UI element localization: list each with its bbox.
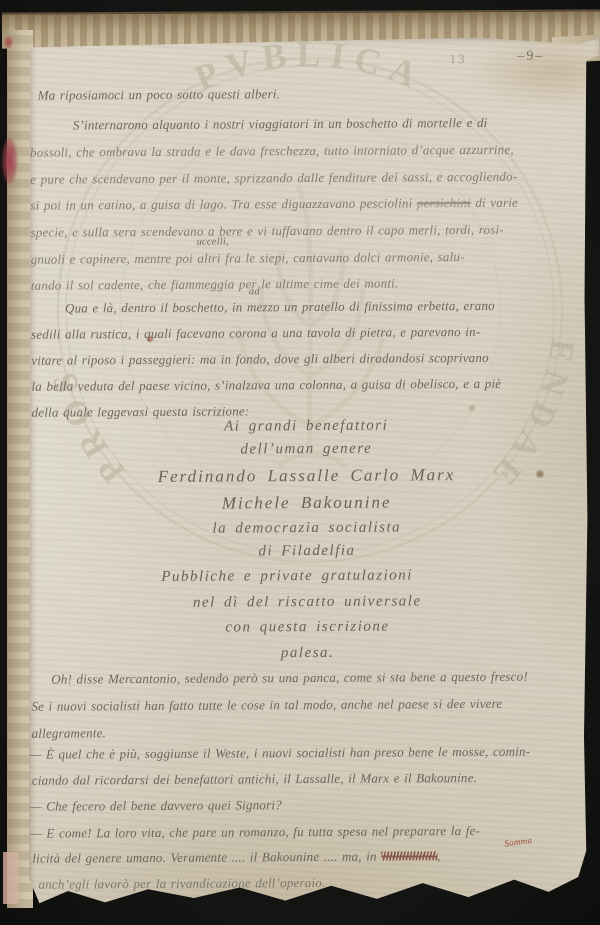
- folio-number-pencil: 13: [449, 51, 466, 67]
- manuscript-line: Ma riposiamoci un poco sotto questi albe…: [38, 86, 281, 103]
- manuscript-page: PVBLICA ENDAE PROS 13 –9– Ma riposiamoci…: [28, 36, 600, 912]
- inscription-line: palesa.: [29, 643, 586, 663]
- handwritten-text-layer: 13 –9– Ma riposiamoci un poco sotto ques…: [25, 34, 600, 913]
- manuscript-line: e pure che scendevano per il monte, spri…: [30, 169, 517, 188]
- manuscript-line: Se i nuovi socialisti han fatto tutte le…: [31, 696, 502, 715]
- inscription-line: con questa iscrizione: [29, 617, 586, 637]
- manuscript-line: bossoli, che ombrava la strada e le dava…: [30, 142, 514, 161]
- inscription-line: Ai grandi benefattori: [28, 416, 585, 436]
- inscription-line: nel dì del riscatto universale: [29, 592, 586, 612]
- line-text: si poi in un catino, a guisa di lago. Tr…: [30, 195, 417, 212]
- manuscript-line: specie, e sulla sera scendevano a bere e…: [30, 222, 503, 241]
- line-text: di varie: [471, 195, 518, 210]
- manuscript-line: Oh! disse Mercantonio, sedendo però su u…: [51, 669, 528, 688]
- red-marginal-note: Somma: [504, 835, 533, 848]
- scribbled-out-word: [381, 851, 437, 860]
- manuscript-line: allegramente.: [32, 725, 107, 741]
- folio-number-ink: –9–: [517, 49, 544, 65]
- struck-out-word: persichini: [417, 195, 471, 210]
- line-text: Qua e là, dentro il boschetto, in mezzo: [65, 299, 284, 315]
- manuscript-line: — E come! La loro vita, che pare un roma…: [30, 823, 480, 842]
- manuscript-line: sedili alla rustica, i quali facevano co…: [31, 324, 480, 343]
- line-text: licità del genere umano. Veramente .... …: [32, 849, 381, 866]
- line-text: ,: [437, 848, 441, 863]
- manuscript-line: anch’egli lavorò per la rivandicazione d…: [38, 875, 325, 893]
- inscription-line: la democrazia socialista: [28, 518, 585, 538]
- interlinear-insertion: ad: [249, 286, 260, 297]
- interlinear-insertion: uccelli,: [197, 237, 229, 248]
- manuscript-line: Qua e là, dentro il boschetto, in mezzo …: [65, 298, 495, 317]
- manuscript-line: — È quel che è più, soggiunse il Weste, …: [30, 744, 531, 763]
- manuscript-line: la bella veduta del paese vicino, s’inal…: [31, 376, 501, 395]
- inscription-line: Pubbliche e private gratulazioni: [9, 566, 566, 586]
- manuscript-line: tando il sol cadente, che fiammeggia per…: [31, 275, 399, 293]
- inscription-line: Ferdinando Lassalle Carlo Marx: [28, 464, 585, 487]
- manuscript-line: — Che fecero del bene davvero quei Signo…: [30, 797, 282, 815]
- photographed-manuscript-scene: { "colors":{ "paper":"#d8d2c4", "ink":"#…: [0, 0, 600, 925]
- manuscript-line: vitare al riposo i passeggieri: ma in fo…: [31, 350, 489, 369]
- inscription-line: dell’uman genere: [28, 439, 585, 459]
- line-text: gnuoli e capinere, mentre poi altri: [31, 251, 226, 267]
- red-ink-stain: [2, 138, 17, 184]
- manuscript-line: ciando dal ricordarsi dei benefattori an…: [32, 770, 477, 789]
- line-text: fra le siepi, cantavano dolci armonie, s…: [225, 249, 464, 265]
- line-text: un pratello di finissima erbetta, erano: [284, 298, 495, 314]
- manuscript-line: gnuoli e capinere, mentre poi altri fra …: [31, 249, 465, 268]
- red-ink-stain-small: [4, 36, 13, 48]
- manuscript-line: si poi in un catino, a guisa di lago. Tr…: [30, 195, 518, 214]
- manuscript-line: S’internarono alquanto i nostri viaggiat…: [73, 115, 488, 134]
- inscription-line: di Filadelfia: [28, 541, 585, 561]
- pink-under-page-edge: [3, 852, 19, 904]
- manuscript-line: licità del genere umano. Veramente .... …: [32, 848, 440, 866]
- inscription-line: Michele Bakounine: [28, 491, 585, 514]
